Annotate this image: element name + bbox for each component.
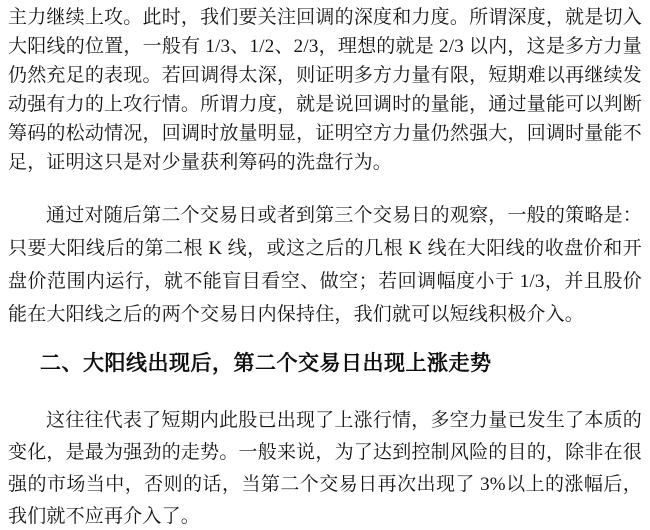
text-line: 强的市场当中，否则的话，当第二个交易日再次出现了 3%以上的涨幅后， [8, 469, 642, 501]
text-line: 这往往代表了短期内此股已出现了上涨行情，多空力量已发生了本质的 [8, 405, 642, 437]
text-line: 我们就不应再介入了。 [8, 501, 642, 530]
paragraph-pullback-depth: 主力继续上攻。此时，我们要关注回调的深度和力度。所谓深度，就是切入 大阳线的位置… [8, 3, 642, 177]
paragraph-second-day-rise: 这往往代表了短期内此股已出现了上涨行情，多空力量已发生了本质的 变化，是最为强劲… [8, 405, 642, 530]
text-line: 仍然充足的表现。若回调得太深，则证明多方力量有限，短期难以再继续发 [8, 61, 642, 90]
text-line: 主力继续上攻。此时，我们要关注回调的深度和力度。所谓深度，就是切入 [8, 3, 642, 32]
text-line: 变化，是最为强劲的走势。一般来说，为了达到控制风险的目的，除非在很 [8, 437, 642, 469]
book-page: 主力继续上攻。此时，我们要关注回调的深度和力度。所谓深度，就是切入 大阳线的位置… [0, 0, 650, 530]
text-line: 足，证明这只是对少量获利筹码的洗盘行为。 [8, 148, 642, 177]
text-line: 筹码的松动情况，回调时放量明显，证明空方力量仍然强大，回调时量能不 [8, 119, 642, 148]
section-heading: 二、大阳线出现后，第二个交易日出现上涨走势 [8, 349, 642, 379]
text-line: 动强有力的上攻行情。所谓力度，就是说回调时的量能，通过量能可以判断 [8, 90, 642, 119]
text-line: 只要大阳线后的第二根 K 线，或这之后的几根 K 线在大阳线的收盘价和开 [8, 232, 642, 265]
text-line: 大阳线的位置，一般有 1/3、1/2、2/3，理想的就是 2/3 以内，这是多方… [8, 32, 642, 61]
text-line: 盘价范围内运行，就不能盲目看空、做空；若回调幅度小于 1/3，并且股价 [8, 265, 642, 298]
text-line: 通过对随后第二个交易日或者到第三个交易日的观察，一般的策略是： [8, 199, 642, 232]
text-line: 能在大阳线之后的两个交易日内保持住，我们就可以短线积极介入。 [8, 298, 642, 331]
paragraph-strategy: 通过对随后第二个交易日或者到第三个交易日的观察，一般的策略是： 只要大阳线后的第… [8, 199, 642, 331]
